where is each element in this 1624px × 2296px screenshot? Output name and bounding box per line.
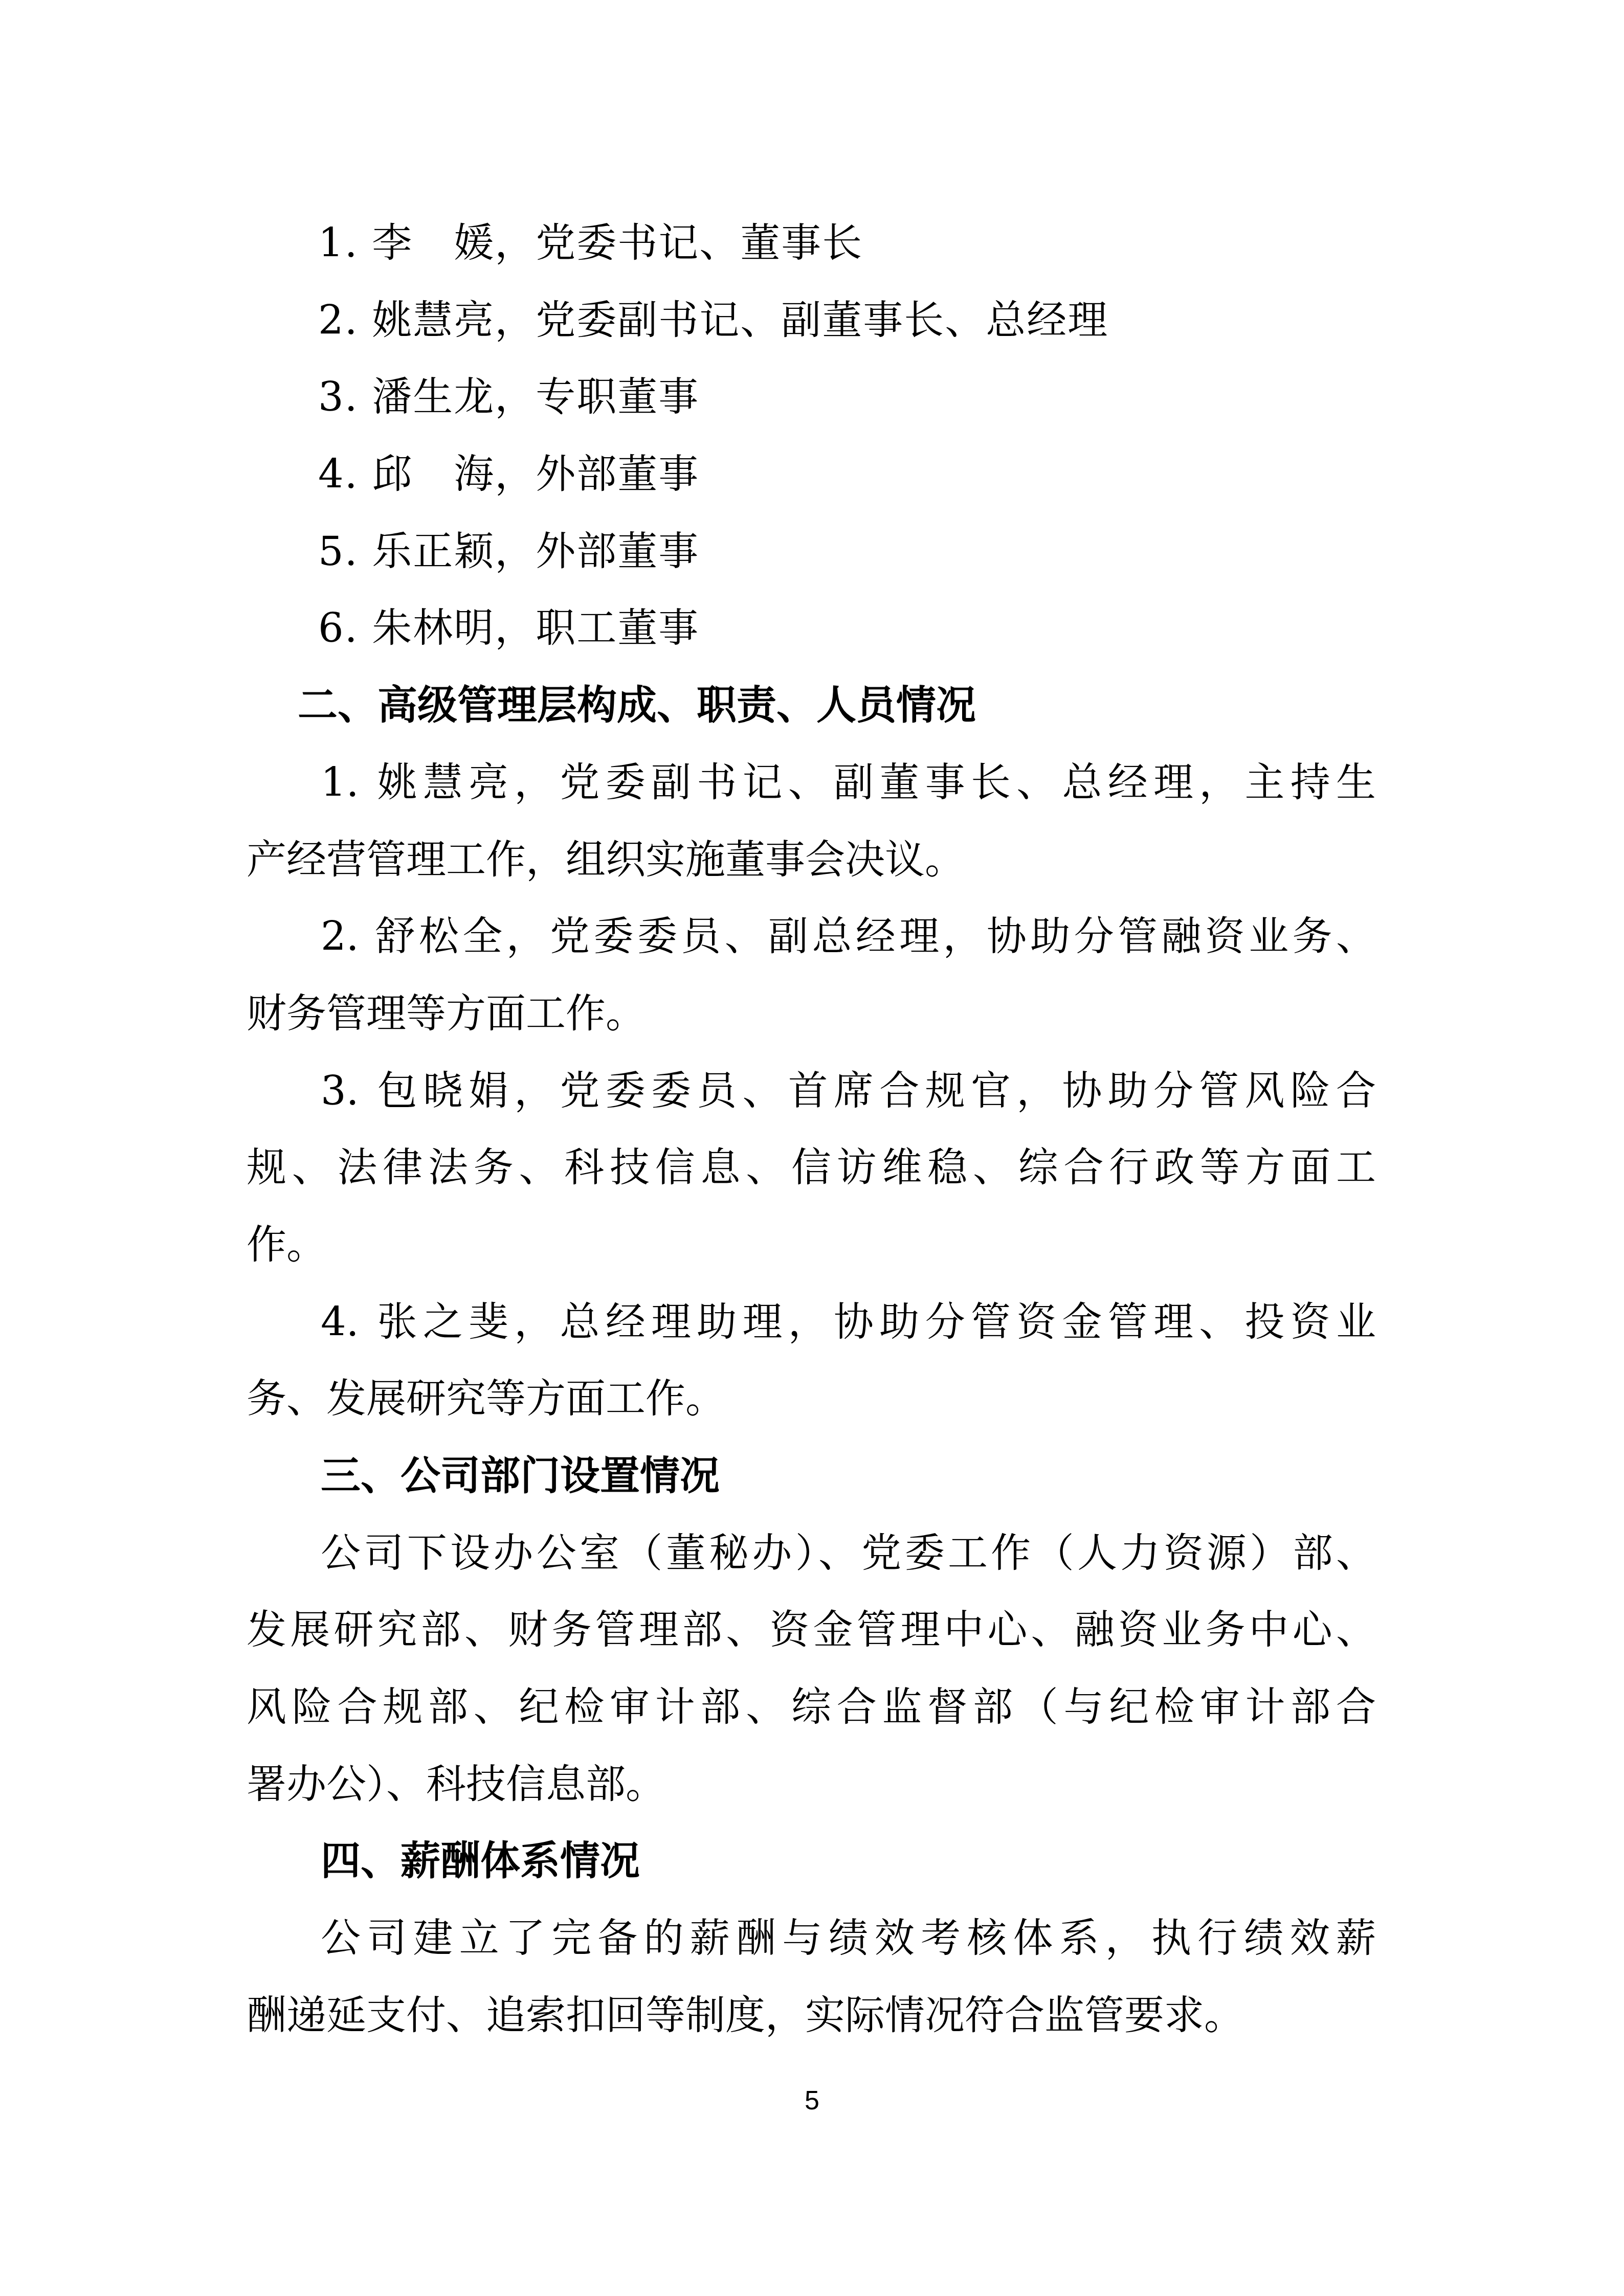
page-number: 5 bbox=[0, 2085, 1624, 2116]
paragraph-line: 公司建立了完备的薪酬与绩效考核体系，执行绩效薪 bbox=[247, 1900, 1376, 1977]
section-heading: 二、高级管理层构成、职责、人员情况 bbox=[247, 667, 1376, 745]
paragraph-line: 作。 bbox=[247, 1207, 1376, 1284]
document-page: 1. 李 媛，党委书记、董事长 2. 姚慧亮，党委副书记、副董事长、总经理 3.… bbox=[0, 0, 1624, 2296]
paragraph-line: 公司下设办公室（董秘办）、党委工作（人力资源）部、 bbox=[247, 1515, 1376, 1592]
section-compensation: 四、薪酬体系情况 公司建立了完备的薪酬与绩效考核体系，执行绩效薪 酬递延支付、追… bbox=[247, 1823, 1376, 2054]
paragraph-line: 规、法律法务、科技信息、信访维稳、综合行政等方面工 bbox=[247, 1130, 1376, 1207]
board-member-item: 4. 邱 海，外部董事 bbox=[247, 436, 1376, 513]
board-member-item: 3. 潘生龙，专职董事 bbox=[247, 359, 1376, 436]
paragraph-line: 3. 包晓娟，党委委员、首席合规官，协助分管风险合 bbox=[247, 1053, 1376, 1130]
board-member-item: 6. 朱林明，职工董事 bbox=[247, 590, 1376, 667]
board-member-item: 1. 李 媛，党委书记、董事长 bbox=[247, 205, 1376, 282]
section-senior-management: 二、高级管理层构成、职责、人员情况 1. 姚慧亮，党委副书记、副董事长、总经理，… bbox=[247, 667, 1376, 1438]
section-heading: 三、公司部门设置情况 bbox=[247, 1438, 1376, 1515]
section-heading: 四、薪酬体系情况 bbox=[247, 1823, 1376, 1900]
paragraph-line: 风险合规部、纪检审计部、综合监督部（与纪检审计部合 bbox=[247, 1669, 1376, 1746]
board-member-item: 5. 乐正颖，外部董事 bbox=[247, 513, 1376, 591]
paragraph-line: 署办公）、科技信息部。 bbox=[247, 1746, 1376, 1824]
manager-item: 4. 张之斐，总经理助理，协助分管资金管理、投资业 务、发展研究等方面工作。 bbox=[247, 1284, 1376, 1438]
manager-item: 3. 包晓娟，党委委员、首席合规官，协助分管风险合 规、法律法务、科技信息、信访… bbox=[247, 1053, 1376, 1284]
paragraph-line: 务、发展研究等方面工作。 bbox=[247, 1361, 1376, 1438]
paragraph-line: 财务管理等方面工作。 bbox=[247, 976, 1376, 1053]
board-member-item: 2. 姚慧亮，党委副书记、副董事长、总经理 bbox=[247, 282, 1376, 359]
paragraph-line: 2. 舒松全，党委委员、副总经理，协助分管融资业务、 bbox=[247, 898, 1376, 976]
paragraph-line: 发展研究部、财务管理部、资金管理中心、融资业务中心、 bbox=[247, 1592, 1376, 1669]
manager-item: 1. 姚慧亮，党委副书记、副董事长、总经理，主持生 产经营管理工作，组织实施董事… bbox=[247, 745, 1376, 898]
paragraph-line: 酬递延支付、追索扣回等制度，实际情况符合监管要求。 bbox=[247, 1977, 1376, 2055]
manager-item: 2. 舒松全，党委委员、副总经理，协助分管融资业务、 财务管理等方面工作。 bbox=[247, 898, 1376, 1052]
paragraph-line: 4. 张之斐，总经理助理，协助分管资金管理、投资业 bbox=[247, 1284, 1376, 1361]
section-departments: 三、公司部门设置情况 公司下设办公室（董秘办）、党委工作（人力资源）部、 发展研… bbox=[247, 1438, 1376, 1823]
paragraph-line: 产经营管理工作，组织实施董事会决议。 bbox=[247, 822, 1376, 899]
page-content: 1. 李 媛，党委书记、董事长 2. 姚慧亮，党委副书记、副董事长、总经理 3.… bbox=[247, 205, 1376, 2055]
board-member-list: 1. 李 媛，党委书记、董事长 2. 姚慧亮，党委副书记、副董事长、总经理 3.… bbox=[247, 205, 1376, 667]
paragraph-line: 1. 姚慧亮，党委副书记、副董事长、总经理，主持生 bbox=[247, 745, 1376, 822]
